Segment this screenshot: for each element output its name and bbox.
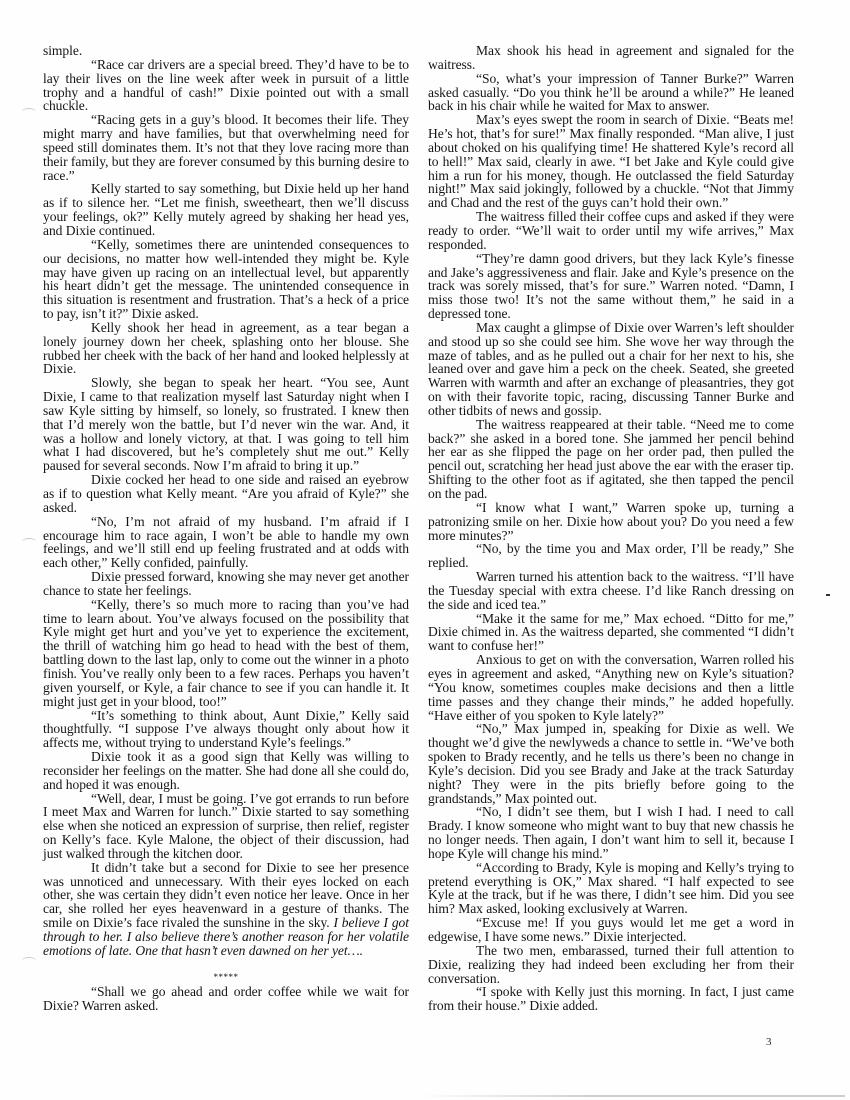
paragraph: Dixie took it as a good sign that Kelly … (43, 750, 409, 792)
paragraph: Dixie cocked her head to one side and ra… (43, 473, 409, 515)
paragraph: “Excuse me! If you guys would let me get… (428, 916, 794, 944)
scan-streak (420, 1095, 845, 1097)
scan-mark (22, 538, 36, 545)
paragraph: Anxious to get on with the conversation,… (428, 653, 794, 722)
paragraph: “No, by the time you and Max order, I’ll… (428, 542, 794, 570)
paragraph: “No, I didn’t see them, but I wish I had… (428, 805, 794, 860)
paragraph: Max shook his head in agreement and sign… (428, 44, 794, 72)
scan-mark (22, 957, 36, 964)
paragraph: The two men, embarassed, turned their fu… (428, 944, 794, 986)
paragraph: “So, what’s your impression of Tanner Bu… (428, 72, 794, 114)
document-page: simple. “Race car drivers are a special … (0, 0, 850, 1100)
paragraph: “Race car drivers are a special breed. T… (43, 58, 409, 113)
paragraph: “I know what I want,” Warren spoke up, t… (428, 501, 794, 543)
paragraph: “Racing gets in a guy’s blood. It become… (43, 113, 409, 182)
paragraph: Warren turned his attention back to the … (428, 570, 794, 612)
paragraph: “It’s something to think about, Aunt Dix… (43, 709, 409, 751)
paragraph: “Shall we go ahead and order coffee whil… (43, 985, 409, 1013)
paragraph: “Kelly, sometimes there are unintended c… (43, 238, 409, 321)
paragraph: Slowly, she began to speak her heart. “Y… (43, 376, 409, 473)
page-number: 3 (766, 1036, 772, 1048)
paragraph: “I spoke with Kelly just this morning. I… (428, 985, 794, 1013)
paragraph: Max caught a glimpse of Dixie over Warre… (428, 321, 794, 418)
paragraph: “No, I’m not afraid of my husband. I’m a… (43, 515, 409, 570)
paragraph: Kelly started to say something, but Dixi… (43, 182, 409, 237)
paragraph: The waitress reappeared at their table. … (428, 418, 794, 501)
section-separator: ***** (43, 971, 409, 983)
paragraph-with-italic-thought: It didn’t take but a second for Dixie to… (43, 861, 409, 958)
right-column: Max shook his head in agreement and sign… (428, 44, 794, 1013)
paragraph: “Kelly, there’s so much more to racing t… (43, 598, 409, 709)
paragraph: “They’re damn good drivers, but they lac… (428, 252, 794, 321)
left-column: simple. “Race car drivers are a special … (43, 44, 409, 1012)
paragraph: Dixie pressed forward, knowing she may n… (43, 570, 409, 598)
paragraph: The waitress filled their coffee cups an… (428, 210, 794, 252)
scan-dot (826, 594, 830, 596)
paragraph: Max’s eyes swept the room in search of D… (428, 113, 794, 210)
paragraph: “Make it the same for me,” Max echoed. “… (428, 612, 794, 654)
paragraph: “Well, dear, I must be going. I’ve got e… (43, 792, 409, 861)
paragraph: Kelly shook her head in agreement, as a … (43, 321, 409, 376)
paragraph: simple. (43, 44, 409, 58)
scan-mark (22, 108, 36, 115)
paragraph: “No,” Max jumped in, speaking for Dixie … (428, 722, 794, 805)
paragraph: “According to Brady, Kyle is moping and … (428, 861, 794, 916)
